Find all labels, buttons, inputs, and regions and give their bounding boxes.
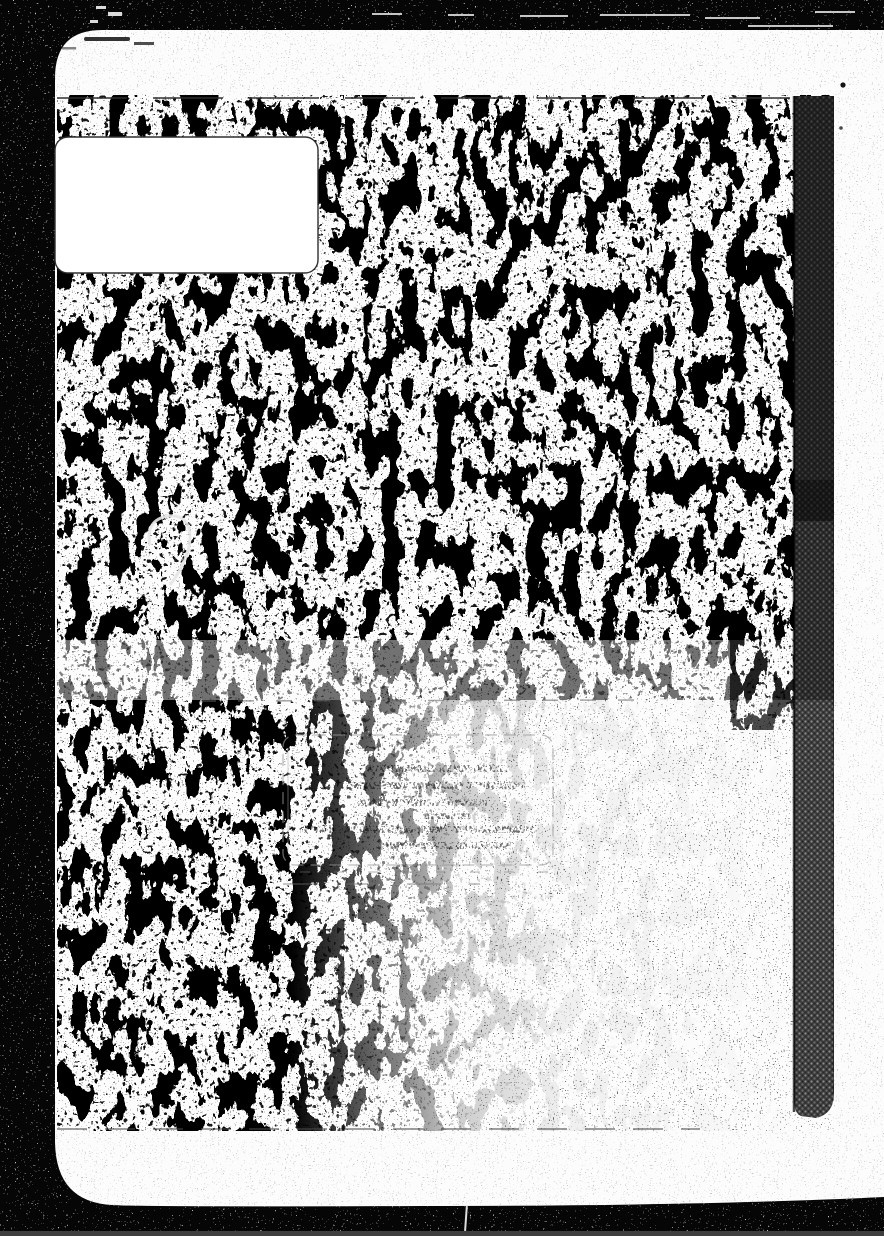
scratch-line [815,11,855,13]
stamp-text-line [368,765,508,772]
blank-label [55,137,318,273]
scanner-edge-strip [0,1231,884,1236]
ink-speck-dot [840,82,845,87]
stamp-text-line [357,799,487,806]
ink-streak-mark [62,47,76,50]
scratch-line [108,12,122,16]
scratch-line [748,25,833,27]
ink-streak-mark [84,37,130,41]
scratch-line [90,20,98,23]
scratch-line [96,6,106,9]
ink-streak-mark [134,42,154,45]
stamp-text-line [425,813,470,819]
stamp-text-line [378,842,513,849]
stamp-text-line [350,782,525,789]
scanned-page-image [0,0,884,1236]
spine-stripe-top-darkening [794,96,834,521]
spine-stripe-mid-darkening [794,480,834,700]
scanned-document [0,0,884,1236]
scratch-line [372,13,402,15]
stamp-text-line [300,826,535,833]
spine-shadow-stripe [794,96,834,1118]
scratch-line [705,17,760,19]
scratch-line [600,14,690,16]
scratch-line [448,14,474,16]
scratch-line [520,15,568,17]
ink-speck-dot [839,126,843,130]
